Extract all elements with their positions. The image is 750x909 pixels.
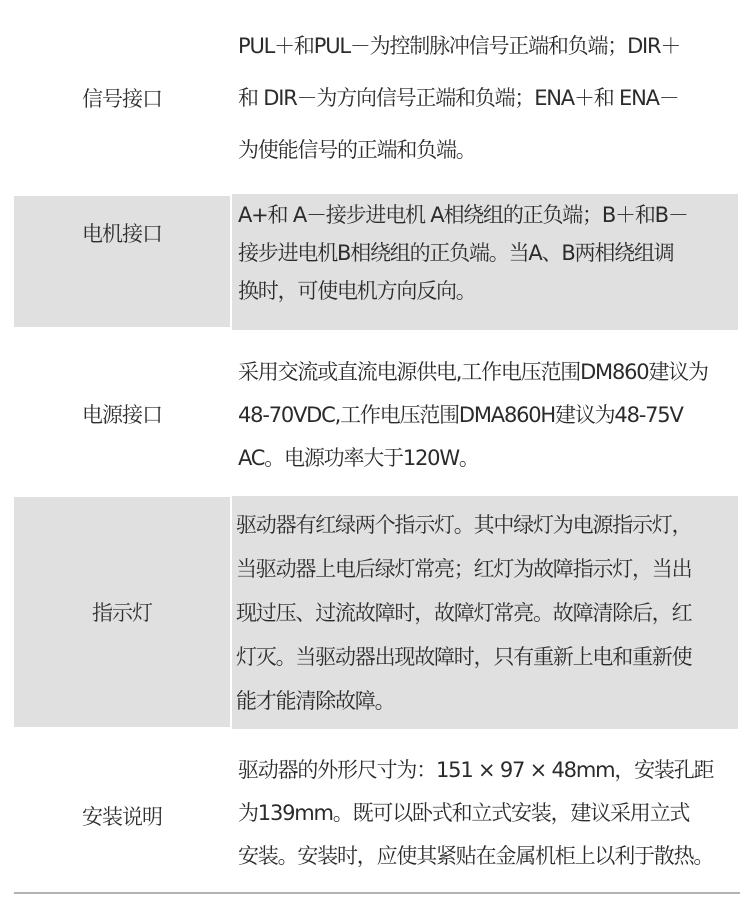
content-line: PUL＋和PUL－为控制脉冲信号正端和负端；DIR＋ — [238, 20, 734, 72]
content-line: 为139mm。既可以卧式和立式安装，建议采用立式 — [238, 792, 734, 835]
content-line: 接步进电机B相绕组的正负端。当A、B两相绕组调 — [238, 234, 734, 272]
row-label: 电机接口 — [14, 196, 230, 327]
row-label: 电源接口 — [14, 330, 230, 497]
row-content: PUL＋和PUL－为控制脉冲信号正端和负端；DIR＋ 和 DIR－为方向信号正端… — [232, 20, 738, 176]
content-line: 现过压、过流故障时，故障灯常亮。故障清除后，红 — [236, 591, 734, 635]
row-label-text: 安装说明 — [82, 801, 162, 831]
row-content: A+和 A－接步进电机 A相绕组的正负端；B＋和B－ 接步进电机B相绕组的正负端… — [232, 194, 738, 330]
content-line: 为使能信号的正端和负端。 — [238, 124, 734, 176]
row-content: 驱动器的外形尺寸为：151 × 97 × 48mm，安装孔距 为139mm。既可… — [232, 750, 738, 876]
row-label-text: 信号接口 — [82, 83, 162, 113]
row-label: 信号接口 — [14, 0, 230, 196]
content-line: 换时，可使电机方向反向。 — [238, 272, 734, 310]
row-content: 采用交流或直流电源供电,工作电压范围DM860建议为 48-70VDC,工作电压… — [232, 350, 738, 480]
table-bottom-divider — [14, 892, 740, 894]
row-label-text: 电机接口 — [82, 218, 162, 248]
content-line: 48-70VDC,工作电压范围DMA860H建议为48-75V — [238, 394, 734, 437]
row-label: 指示灯 — [14, 497, 230, 727]
content-line: 安装。安装时，应使其紧贴在金属机柜上以利于散热。 — [238, 835, 734, 878]
content-line: 驱动器有红绿两个指示灯。其中绿灯为电源指示灯， — [236, 503, 734, 547]
content-line: 驱动器的外形尺寸为：151 × 97 × 48mm，安装孔距 — [238, 749, 734, 792]
content-line: 和 DIR－为方向信号正端和负端；ENA＋和 ENA－ — [238, 72, 734, 124]
row-label: 安装说明 — [14, 740, 230, 892]
content-line: 能才能清除故障。 — [236, 679, 734, 723]
content-line: 当驱动器上电后绿灯常亮；红灯为故障指示灯，当出 — [236, 547, 734, 591]
content-line: 采用交流或直流电源供电,工作电压范围DM860建议为 — [238, 351, 734, 394]
content-line: A+和 A－接步进电机 A相绕组的正负端；B＋和B－ — [238, 196, 734, 234]
row-label-text: 指示灯 — [92, 597, 152, 627]
row-label-text: 电源接口 — [82, 399, 162, 429]
content-line: AC。电源功率大于120W。 — [238, 437, 734, 480]
content-line: 灯灭。当驱动器出现故障时，只有重新上电和重新使 — [236, 635, 734, 679]
row-content: 驱动器有红绿两个指示灯。其中绿灯为电源指示灯， 当驱动器上电后绿灯常亮；红灯为故… — [232, 496, 738, 729]
